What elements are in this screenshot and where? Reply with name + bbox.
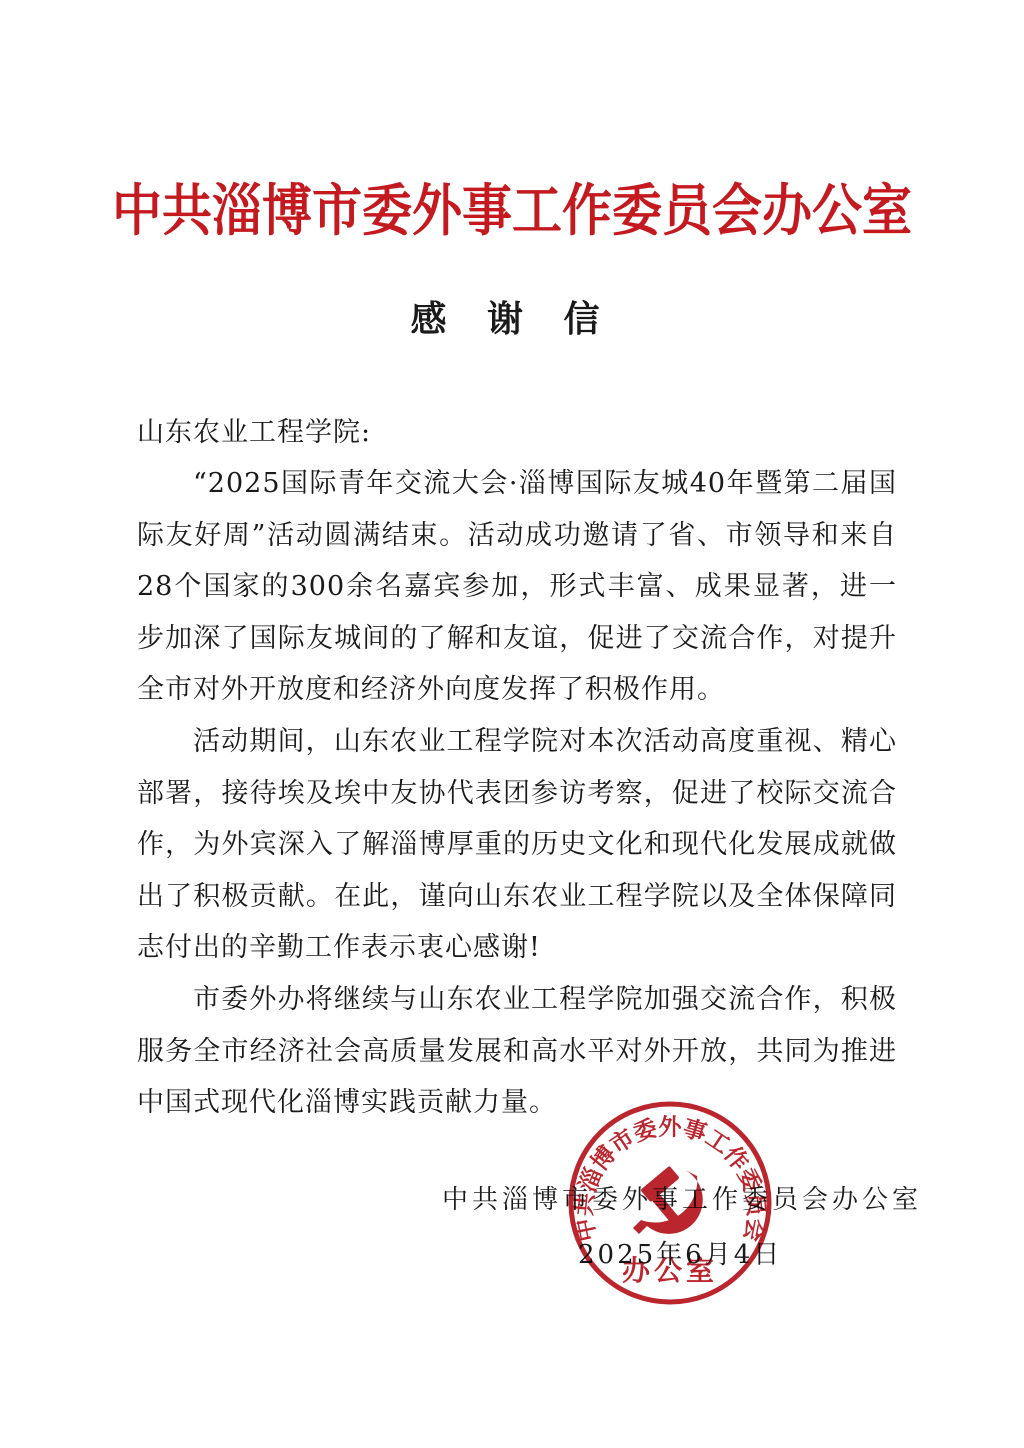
hammer-sickle-icon bbox=[633, 1166, 703, 1234]
seal-bottom-text: 办公室 bbox=[622, 1254, 718, 1287]
salutation: 山东农业工程学院: bbox=[137, 407, 897, 459]
official-seal-icon: 中共淄博市委外事工作委员会 办公室 bbox=[567, 1100, 773, 1306]
paragraph-2: 活动期间，山东农业工程学院对本次活动高度重视、精心部署，接待埃及埃中友协代表团参… bbox=[137, 716, 897, 974]
letterhead-title: 中共淄博市委外事工作委员会办公室 bbox=[0, 172, 1024, 250]
paragraph-1: “2025国际青年交流大会·淄博国际友城40年暨第二届国际友好周”活动圆满结束。… bbox=[137, 458, 897, 716]
document-title: 感 谢 信 bbox=[0, 294, 1024, 344]
paragraph-3: 市委外办将继续与山东农业工程学院加强交流合作，积极服务全市经济社会高质量发展和高… bbox=[137, 974, 897, 1129]
